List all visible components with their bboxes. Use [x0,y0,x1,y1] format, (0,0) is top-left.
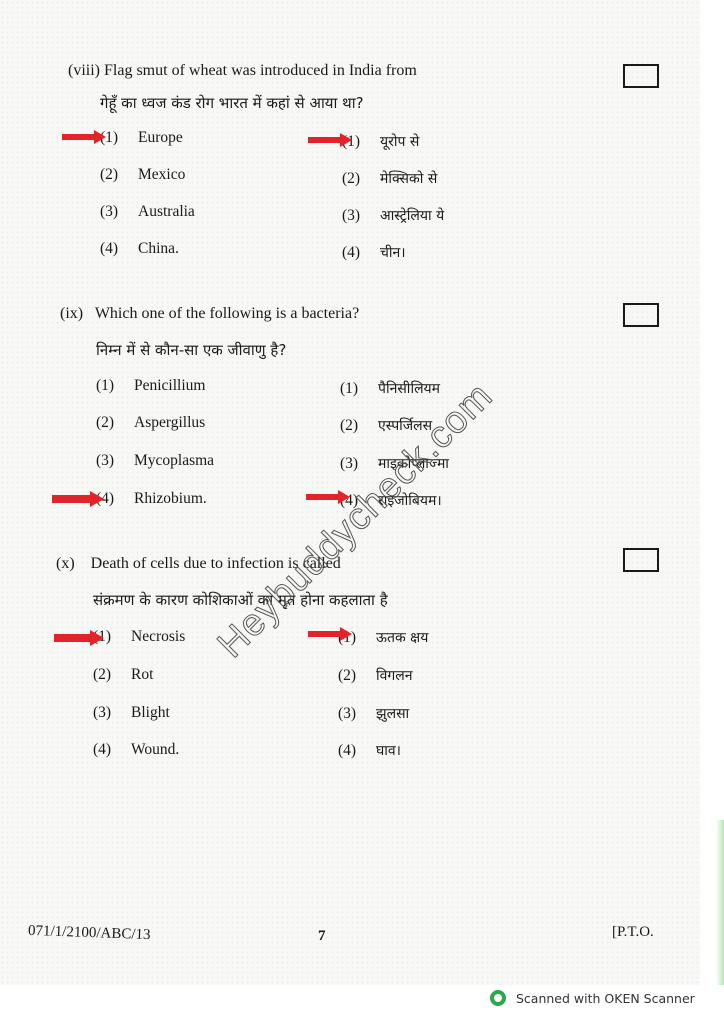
scan-edge-artifact [716,820,724,985]
option-hi-x-4: (4)घाव। [338,741,401,760]
option-en-viii-1: (1)Europe [100,129,183,147]
option-en-x-2: (2)Rot [93,666,153,684]
option-hi-viii-4: (4)चीन। [342,243,406,262]
answer-arrow-icon [54,630,98,644]
option-hi-ix-1: (1)पैनिसीलियम [340,379,440,398]
option-en-x-4: (4)Wound. [93,741,179,759]
option-en-ix-3: (3)Mycoplasma [96,452,214,470]
question-viii-hindi: गेहूँ का ध्वज कंड रोग भारत में कहां से आ… [100,93,364,113]
question-viii-title: (viii) Flag smut of wheat was introduced… [68,62,417,80]
page-number: 7 [318,928,326,945]
option-en-viii-3: (3)Australia [100,203,195,221]
scanner-label: Scanned with OKEN Scanner [516,991,695,1006]
answer-arrow-icon [308,133,352,147]
pto-label: [P.T.O. [612,924,654,941]
answer-box-x[interactable] [623,548,659,572]
option-hi-x-2: (2)विगलन [338,666,413,685]
answer-box-ix[interactable] [623,303,659,327]
scanner-badge: Scanned with OKEN Scanner [490,990,695,1006]
option-hi-viii-2: (2)मेक्सिको से [342,169,437,188]
option-en-ix-1: (1)Penicillium [96,377,205,395]
option-hi-viii-1: (1)यूरोप से [342,132,419,151]
option-en-viii-2: (2)Mexico [100,166,185,184]
option-en-x-1: (1)Necrosis [93,628,185,646]
answer-arrow-icon [62,130,106,144]
answer-box-viii[interactable] [623,64,659,88]
option-en-ix-2: (2)Aspergillus [96,414,205,432]
question-ix-title: (ix) Which one of the following is a bac… [60,305,359,323]
option-hi-viii-3: (3)आस्ट्रेलिया ये [342,206,444,225]
question-ix-hindi: निम्न में से कौन-सा एक जीवाणु है? [96,340,286,360]
option-hi-x-3: (3)झुलसा [338,704,409,723]
answer-arrow-icon [308,627,352,641]
option-en-x-3: (3)Blight [93,704,170,722]
option-en-viii-4: (4)China. [100,240,179,258]
option-en-ix-4: (4)Rhizobium. [96,490,207,508]
oken-scanner-logo-icon [490,990,506,1006]
answer-arrow-icon [52,491,96,505]
